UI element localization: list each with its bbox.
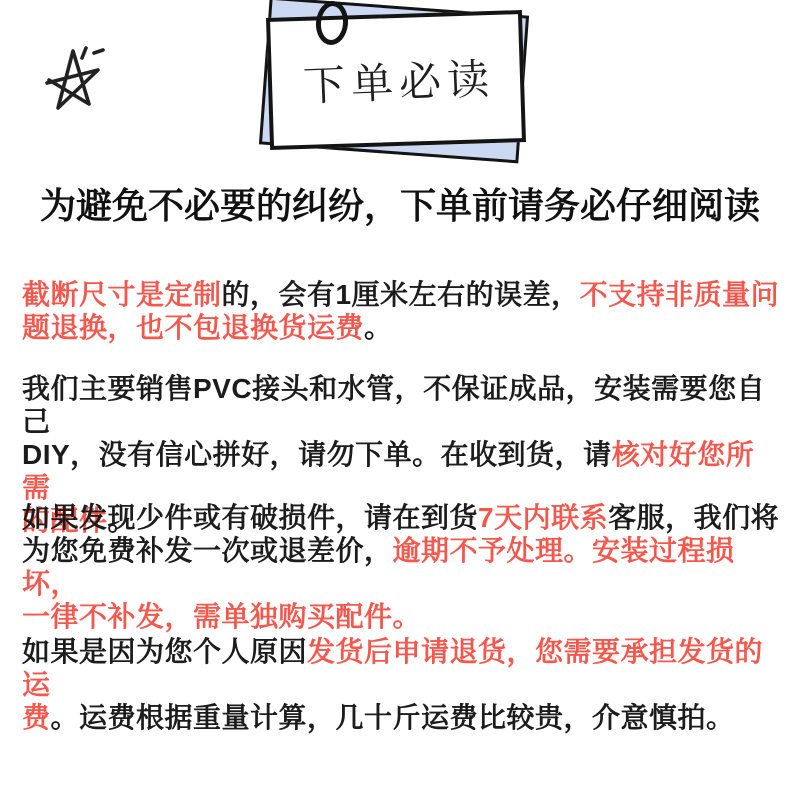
text-segment-red: 题退换，也不包退换货运费 [22, 312, 364, 343]
note-card-stack: 下单必读 [254, 0, 564, 175]
text-segment-red: 一律不补发，需单独购买配件。 [22, 601, 421, 632]
text-segment-red: 截断尺寸是定制 [22, 279, 222, 310]
text-segment-black: 客服，我们将 [608, 502, 779, 533]
text-segment-black: DIY，没有信心拼好，请勿下单。在收到货，请 [22, 439, 612, 470]
page-heading: 为避免不必要的纠纷，下单前请务必仔细阅读 [0, 178, 800, 229]
text-segment-red: 费 [22, 702, 51, 733]
text-segment-red: 7天内联系 [478, 502, 608, 533]
text-segment-red: 不支持非质量问 [580, 279, 780, 310]
text-segment-black: 如果是因为您个人原因 [22, 636, 307, 667]
note-card-front: 下单必读 [266, 10, 526, 150]
card-title: 下单必读 [296, 46, 496, 114]
star-doodle-icon [42, 40, 110, 116]
text-segment-black: 。运费根据重量计算，几十斤运费比较贵，介意慎拍。 [51, 702, 735, 733]
text-segment-black: 我们主要销售PVC接头和水管，不保证成品，安装需要您自己 [22, 373, 765, 437]
text-segment-black: 的，会有1厘米左右的误差， [222, 279, 580, 310]
text-segment-black: 为您免费补发一次或退差价， [22, 535, 393, 566]
text-segment-black: 如果发现少件或有破损件，请在到货 [22, 502, 478, 533]
text-segment-black: 。 [364, 312, 393, 343]
notice-paragraph: 如果是因为您个人原因发货后申请退货，您需要承担发货的运费。运费根据重量计算，几十… [22, 635, 782, 734]
notice-paragraph: 如果发现少件或有破损件，请在到货7天内联系客服，我们将为您免费补发一次或退差价，… [22, 501, 782, 633]
notice-paragraph: 截断尺寸是定制的，会有1厘米左右的误差，不支持非质量问题退换，也不包退换货运费。 [22, 278, 782, 344]
